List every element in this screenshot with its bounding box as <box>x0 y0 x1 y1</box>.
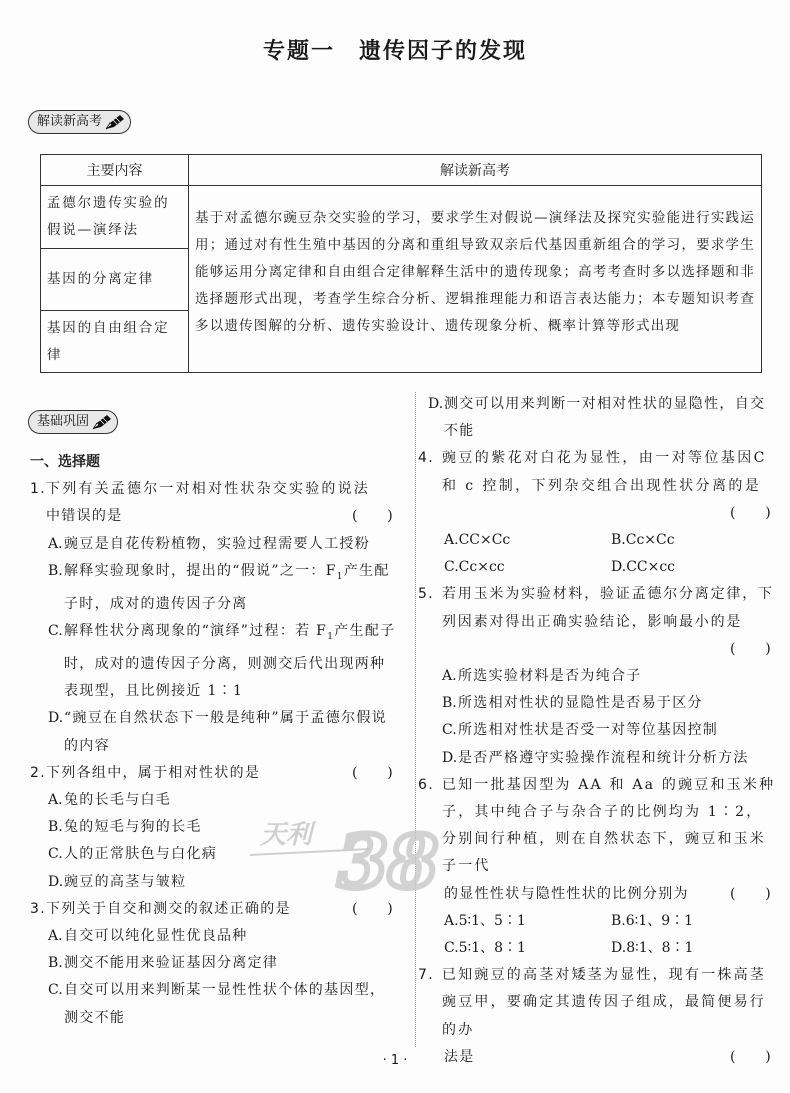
option-c: C.Cc×cc <box>444 554 611 581</box>
intro-table: 主要内容 解读新高考 孟德尔遗传实验的假说—演绎法 基于对孟德尔豌豆杂交实验的学… <box>40 154 762 373</box>
question-number: 5. <box>418 581 434 608</box>
table-description: 基于对孟德尔豌豆杂交实验的学习，要求学生对假说—演绎法及探究实验能进行实践运用；… <box>189 186 762 373</box>
question-number: 1. <box>30 476 46 503</box>
question-stem: 已知一批基因型为 AA 和 Aa 的豌豆和玉米种子，其中纯合子与杂合子的比例均为… <box>442 772 778 881</box>
option-c: C.自交可以用来判断某一显性性状个体的基因型，测交不能 <box>30 977 400 1031</box>
question-stem: 下列有关孟德尔一对相对性状杂交实验的说法 <box>46 476 400 503</box>
table-row-topic: 基因的分离定律 <box>41 249 189 311</box>
table-header-main-content: 主要内容 <box>41 155 189 186</box>
question-1: 1. 下列有关孟德尔一对相对性状杂交实验的说法 中错误的是 () <box>30 476 400 530</box>
question-6: 6. 已知一批基因型为 AA 和 Aa 的豌豆和玉米种子，其中纯合子与杂合子的比… <box>428 772 778 908</box>
question-stem: 中错误的是 <box>46 508 123 524</box>
badge-label: 基础巩固 <box>37 414 89 429</box>
topic-number: 专题一 <box>263 39 335 64</box>
option-d: D.CC×cc <box>611 554 778 581</box>
topic-name: 遗传因子的发现 <box>359 39 527 64</box>
option-b: B.解释实验现象时，提出的“假说”之一：F1产生配子时，成对的遗传因子分离 <box>30 558 400 618</box>
pencil-icon <box>104 113 126 131</box>
option-a: A.5∶1、5∶1 <box>444 908 611 935</box>
question-stem: 下列各组中，属于相对性状的是 <box>46 765 260 781</box>
question-number: 3. <box>30 896 46 923</box>
option-row: A.CC×Cc B.Cc×Cc <box>428 527 778 554</box>
option-d: D.测交可以用来判断一对相对性状的显隐性，自交不能 <box>428 391 778 445</box>
question-stem: 若用玉米为实验材料，验证孟德尔分离定律，下列因素对得出正确实验结论，影响最小的是 <box>442 581 778 635</box>
question-2: 2. 下列各组中，属于相对性状的是 () <box>30 760 400 787</box>
answer-blank[interactable]: () <box>352 760 400 787</box>
pencil-icon <box>91 413 113 431</box>
page-title: 专题一遗传因子的发现 <box>0 34 790 65</box>
section-badge-basics: 基础巩固 <box>28 410 118 434</box>
question-3: 3. 下列关于自交和测交的叙述正确的是 () <box>30 896 400 923</box>
page-number: · 1 · <box>0 1053 790 1068</box>
question-5: 5. 若用玉米为实验材料，验证孟德尔分离定律，下列因素对得出正确实验结论，影响最… <box>428 581 778 663</box>
section-heading: 一、选择题 <box>30 449 400 476</box>
option-c: C.人的正常肤色与白化病 <box>30 841 400 868</box>
section-badge-intro: 解读新高考 <box>28 110 131 134</box>
answer-blank[interactable]: () <box>352 896 400 923</box>
option-b: B.6∶1、9∶1 <box>611 908 778 935</box>
option-a: A.所选实验材料是否为纯合子 <box>428 663 778 690</box>
option-b: B.所选相对性状的显隐性是否易于区分 <box>428 690 778 717</box>
question-4: 4. 豌豆的紫花对白花为显性，由一对等位基因C 和 c 控制，下列杂交组合出现性… <box>428 445 778 527</box>
question-number: 7. <box>418 962 434 989</box>
option-d: D.豌豆的高茎与皱粒 <box>30 869 400 896</box>
question-stem: 已知豌豆的高茎对矮茎为显性，现有一株高茎豌豆甲，要确定其遗传因子组成，最简便易行… <box>442 962 778 1044</box>
question-number: 2. <box>30 760 46 787</box>
option-row: C.Cc×cc D.CC×cc <box>428 554 778 581</box>
column-divider <box>415 392 416 1047</box>
option-c: C.解释性状分离现象的“演绎”过程：若 F1产生配子时，成对的遗传因子分离，则测… <box>30 618 400 705</box>
answer-blank[interactable]: () <box>730 500 778 527</box>
option-row: C.5∶1、8∶1 D.8∶1、8∶1 <box>428 935 778 962</box>
option-d: D.是否严格遵守实验操作流程和统计分析方法 <box>428 745 778 772</box>
option-b: B.测交不能用来验证基因分离定律 <box>30 950 400 977</box>
answer-blank[interactable]: () <box>730 881 778 908</box>
option-a: A.CC×Cc <box>444 527 611 554</box>
option-d: D.“豌豆在自然状态下一般是纯种”属于孟德尔假说的内容 <box>30 705 400 759</box>
option-c: C.5∶1、8∶1 <box>444 935 611 962</box>
question-number: 4. <box>418 445 434 472</box>
option-a: A.兔的长毛与白毛 <box>30 787 400 814</box>
option-b: B.Cc×Cc <box>611 527 778 554</box>
table-header-interpretation: 解读新高考 <box>189 155 762 186</box>
question-stem: 的显性性状与隐性性状的比例分别为 <box>444 886 689 902</box>
left-column: 一、选择题 1. 下列有关孟德尔一对相对性状杂交实验的说法 中错误的是 () A… <box>30 449 400 1032</box>
option-a: A.豌豆是自花传粉植物，实验过程需要人工授粉 <box>30 531 400 558</box>
option-c: C.所选相对性状是否受一对等位基因控制 <box>428 717 778 744</box>
question-stem: 豌豆的紫花对白花为显性，由一对等位基因C 和 c 控制，下列杂交组合出现性状分离… <box>442 445 778 499</box>
option-d: D.8∶1、8∶1 <box>611 935 778 962</box>
option-a: A.自交可以纯化显性优良品种 <box>30 923 400 950</box>
badge-label: 解读新高考 <box>37 114 102 129</box>
right-column: D.测交可以用来判断一对相对性状的显隐性，自交不能 4. 豌豆的紫花对白花为显性… <box>428 391 778 1071</box>
question-stem: 下列关于自交和测交的叙述正确的是 <box>46 901 291 917</box>
option-row: A.5∶1、5∶1 B.6∶1、9∶1 <box>428 908 778 935</box>
answer-blank[interactable]: () <box>352 503 400 530</box>
table-row-topic: 基因的自由组合定律 <box>41 311 189 373</box>
table-row-topic: 孟德尔遗传实验的假说—演绎法 <box>41 186 189 249</box>
question-number: 6. <box>418 772 434 799</box>
answer-blank[interactable]: () <box>730 636 778 663</box>
option-b: B.兔的短毛与狗的长毛 <box>30 814 400 841</box>
